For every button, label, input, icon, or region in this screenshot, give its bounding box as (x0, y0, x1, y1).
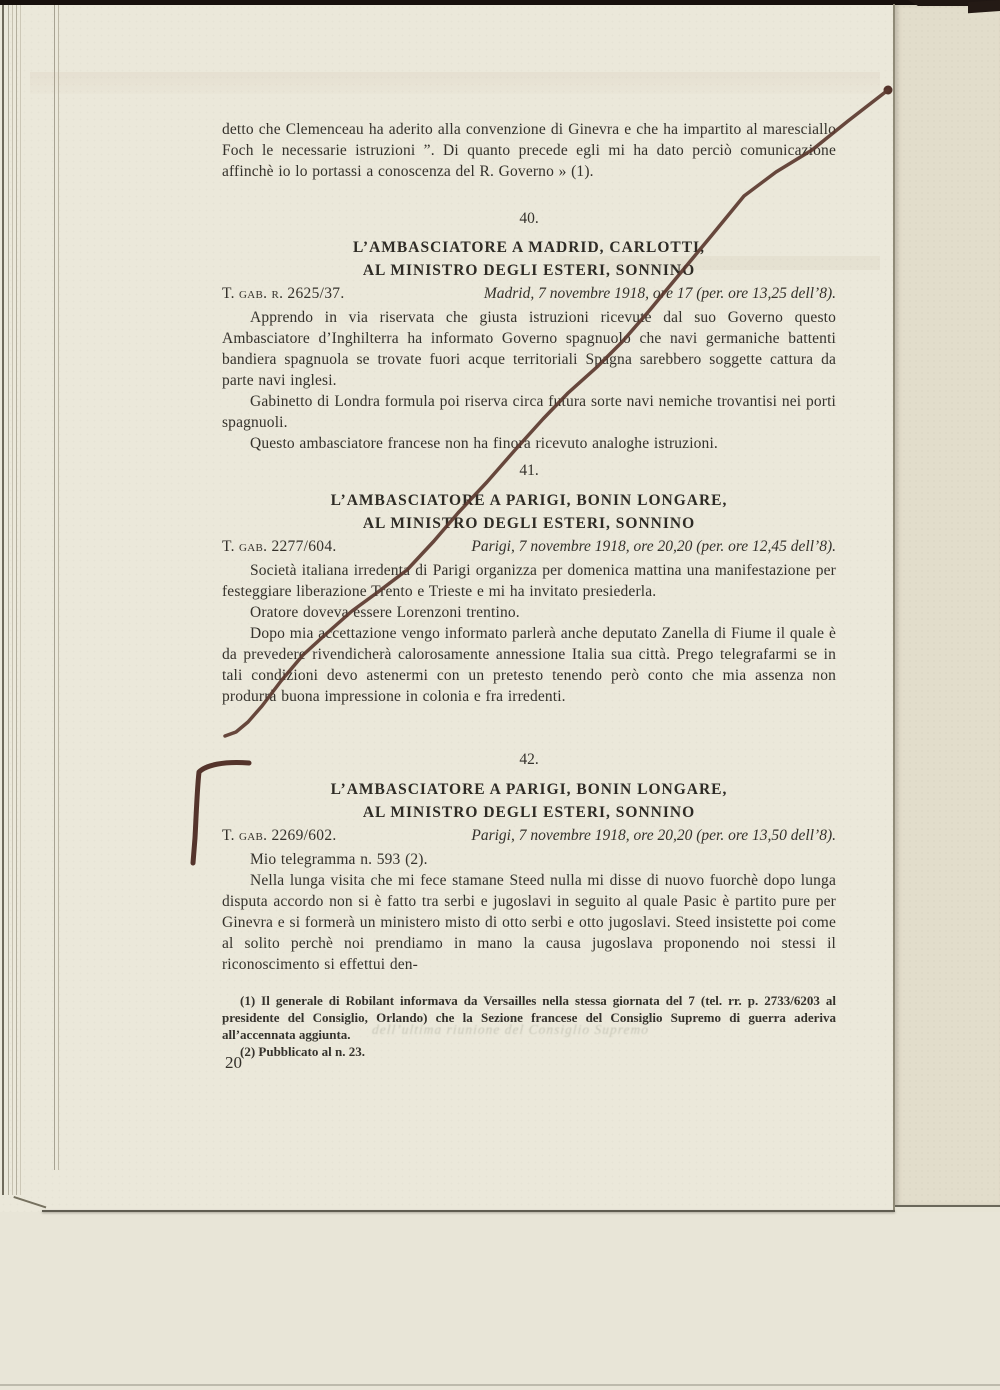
left-page-stack-edge (20, 5, 21, 1195)
doc-41-heading-line1: L’AMBASCIATORE A PARIGI, BONIN LONGARE, (222, 489, 836, 512)
doc-41-meta: T. gab. 2277/604. Parigi, 7 novembre 191… (222, 538, 836, 556)
left-page-stack-edge (16, 5, 17, 1195)
surface-below-page (0, 1212, 1000, 1390)
doc-40-dateline: Madrid, 7 novembre 1918, ore 17 (per. or… (484, 285, 836, 303)
paragraph: detto che Clemenceau ha aderito alla con… (222, 119, 836, 182)
paragraph: Apprendo in via riservata che giusta ist… (222, 307, 836, 391)
doc-40-heading-line1: L’AMBASCIATORE A MADRID, CARLOTTI, (222, 236, 836, 259)
left-page-stack-edge (58, 5, 59, 1170)
paragraph: Mio telegramma n. 593 (2). (222, 849, 836, 870)
doc-41-body: Società italiana irredenta di Parigi org… (222, 560, 836, 707)
left-page-stack-edge (8, 5, 9, 1195)
paragraph: Questo ambasciatore francese non ha fino… (222, 433, 836, 454)
doc-42-number: 42. (222, 751, 836, 769)
doc-42-dateline: Parigi, 7 novembre 1918, ore 20,20 (per.… (471, 827, 836, 845)
bottom-adjacent-page-edge (895, 1205, 1000, 1207)
doc-41-dateline: Parigi, 7 novembre 1918, ore 20,20 (per.… (471, 538, 836, 556)
bottom-page-edge (42, 1210, 895, 1212)
paragraph: Società italiana irredenta di Parigi org… (222, 560, 836, 602)
paragraph: Oratore doveva essere Lorenzoni trentino… (222, 602, 836, 623)
paragraph: Nella lunga visita che mi fece stamane S… (222, 870, 836, 975)
left-page-stack-edge (54, 5, 55, 1170)
doc-40-meta: T. gab. r. 2625/37. Madrid, 7 novembre 1… (222, 285, 836, 303)
doc-42-body: Mio telegramma n. 593 (2). Nella lunga v… (222, 849, 836, 975)
doc-40-heading: L’AMBASCIATORE A MADRID, CARLOTTI, AL MI… (222, 236, 836, 282)
show-through-text: dell’ultima riunione del Consiglio Supre… (371, 1022, 832, 1038)
doc-42-heading-line1: L’AMBASCIATORE A PARIGI, BONIN LONGARE, (222, 778, 836, 801)
scan-bottom-shadow (0, 1384, 1000, 1386)
doc-42-telegram-ref: T. gab. 2269/602. (222, 827, 337, 845)
paragraph: Dopo mia accettazione vengo informato pa… (222, 623, 836, 707)
page-number: 20 (225, 1053, 242, 1073)
doc-42-meta: T. gab. 2269/602. Parigi, 7 novembre 191… (222, 827, 836, 845)
doc-40-heading-line2: AL MINISTRO DEGLI ESTERI, SONNINO (222, 259, 836, 282)
scanned-document-page: detto che Clemenceau ha aderito alla con… (0, 0, 1000, 1390)
adjacent-page-edge (895, 4, 1000, 1206)
doc-41-telegram-ref: T. gab. 2277/604. (222, 538, 337, 556)
doc-41-heading: L’AMBASCIATORE A PARIGI, BONIN LONGARE, … (222, 489, 836, 535)
doc-40-body: Apprendo in via riservata che giusta ist… (222, 307, 836, 454)
doc-41-heading-line2: AL MINISTRO DEGLI ESTERI, SONNINO (222, 512, 836, 535)
top-scan-shadow (0, 0, 1000, 5)
show-through-smudge (30, 72, 880, 94)
left-page-stack-edge (12, 5, 13, 1195)
footnote-2: (2) Pubblicato al n. 23. (222, 1043, 836, 1060)
doc-42-heading-line2: AL MINISTRO DEGLI ESTERI, SONNINO (222, 801, 836, 824)
top-right-corner-shadow (968, 0, 1000, 13)
doc-41-number: 41. (222, 462, 836, 480)
left-page-stack-edge (2, 5, 4, 1195)
doc-40-number: 40. (222, 210, 836, 228)
intro-continuation-paragraph: detto che Clemenceau ha aderito alla con… (222, 119, 836, 182)
paragraph: Gabinetto di Londra formula poi riserva … (222, 391, 836, 433)
doc-40-telegram-ref: T. gab. r. 2625/37. (222, 285, 345, 303)
right-page-edge (893, 4, 895, 1211)
doc-42-heading: L’AMBASCIATORE A PARIGI, BONIN LONGARE, … (222, 778, 836, 824)
